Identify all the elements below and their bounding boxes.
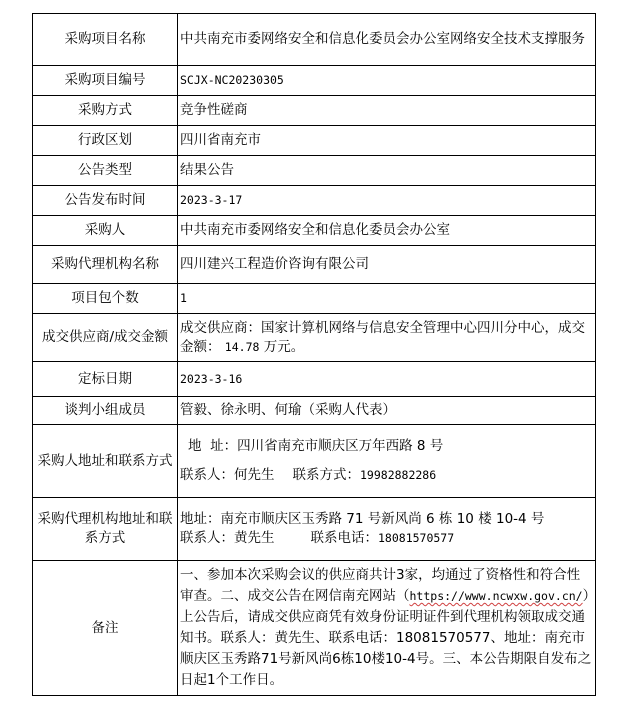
- row-purchaser-contact: 采购人地址和联系方式 地 址：四川省南充市顺庆区万年西路 8 号 联系人：何先生…: [33, 425, 596, 498]
- agency-value: 四川建兴工程造价咨询有限公司: [178, 246, 596, 284]
- notice-type-label: 公告类型: [33, 156, 178, 186]
- agency-phone: 18081570577: [378, 531, 454, 545]
- amount-unit: 万元。: [264, 339, 305, 355]
- row-region: 行政区划 四川省南充市: [33, 126, 596, 156]
- purchaser-address: 四川省南充市顺庆区万年西路 8 号: [237, 438, 443, 454]
- purchaser-contact-line: 联系人：何先生联系方式：19982882286: [180, 466, 593, 485]
- method-label: 采购方式: [33, 96, 178, 126]
- purchaser-label: 采购人: [33, 216, 178, 246]
- deal-label: 成交供应商/成交金额: [33, 314, 178, 362]
- purchaser-contact-label: 采购人地址和联系方式: [33, 425, 178, 498]
- team-label: 谈判小组成员: [33, 397, 178, 425]
- row-package-count: 项目包个数 1: [33, 284, 596, 314]
- method-value: 竞争性磋商: [178, 96, 596, 126]
- publish-date-label: 公告发布时间: [33, 186, 178, 216]
- row-notice-type: 公告类型 结果公告: [33, 156, 596, 186]
- package-count-value: 1: [178, 284, 596, 314]
- agency-contact-value: 地址：南充市顺庆区玉秀路 71 号新风尚 6 栋 10 楼 10-4 号 联系人…: [178, 498, 596, 561]
- award-date-value: 2023-3-16: [178, 362, 596, 397]
- row-publish-date: 公告发布时间 2023-3-17: [33, 186, 596, 216]
- row-deal: 成交供应商/成交金额 成交供应商：国家计算机网络与信息安全管理中心四川分中心，成…: [33, 314, 596, 362]
- agency-address: 南充市顺庆区玉秀路 71 号新风尚 6 栋 10 楼 10-4 号: [221, 511, 545, 527]
- region-label: 行政区划: [33, 126, 178, 156]
- agency-contact-line: 联系人：黄先生联系电话：18081570577: [180, 529, 593, 548]
- row-project-no: 采购项目编号 SCJX-NC20230305: [33, 66, 596, 96]
- row-purchaser: 采购人 中共南充市委网络安全和信息化委员会办公室: [33, 216, 596, 246]
- remarks-label: 备注: [33, 561, 178, 696]
- deal-amount: 14.78: [225, 340, 260, 354]
- remarks-value: 一、参加本次采购会议的供应商共计3家，均通过了资格性和符合性审查。二、成交公告在…: [178, 561, 596, 696]
- row-team: 谈判小组成员 管毅、徐永明、何瑜（采购人代表）: [33, 397, 596, 425]
- row-agency: 采购代理机构名称 四川建兴工程造价咨询有限公司: [33, 246, 596, 284]
- row-award-date: 定标日期 2023-3-16: [33, 362, 596, 397]
- agency-label: 采购代理机构名称: [33, 246, 178, 284]
- purchaser-address-line: 地 址：四川省南充市顺庆区万年西路 8 号: [180, 437, 593, 456]
- project-name-value: 中共南充市委网络安全和信息化委员会办公室网络安全技术支撑服务: [178, 14, 596, 66]
- package-count-label: 项目包个数: [33, 284, 178, 314]
- website-link[interactable]: https://www.ncwxw.gov.cn/: [410, 589, 583, 603]
- agency-contact-label: 采购代理机构地址和联系方式: [33, 498, 178, 561]
- agency-address-line: 地址：南充市顺庆区玉秀路 71 号新风尚 6 栋 10 楼 10-4 号: [180, 510, 593, 529]
- deal-value: 成交供应商：国家计算机网络与信息安全管理中心四川分中心，成交金额： 14.78 …: [178, 314, 596, 362]
- notice-type-value: 结果公告: [178, 156, 596, 186]
- purchaser-contact-value: 地 址：四川省南充市顺庆区万年西路 8 号 联系人：何先生联系方式：199828…: [178, 425, 596, 498]
- team-value: 管毅、徐永明、何瑜（采购人代表）: [178, 397, 596, 425]
- region-value: 四川省南充市: [178, 126, 596, 156]
- purchaser-phone: 19982882286: [360, 468, 436, 482]
- purchaser-contact-person: 何先生: [234, 467, 275, 483]
- supplier-name: 国家计算机网络与信息安全管理中心四川分中心: [261, 320, 545, 336]
- supplier-prefix: 成交供应商：: [180, 320, 261, 336]
- row-method: 采购方式 竞争性磋商: [33, 96, 596, 126]
- project-no-label: 采购项目编号: [33, 66, 178, 96]
- row-remarks: 备注 一、参加本次采购会议的供应商共计3家，均通过了资格性和符合性审查。二、成交…: [33, 561, 596, 696]
- row-project-name: 采购项目名称 中共南充市委网络安全和信息化委员会办公室网络安全技术支撑服务: [33, 14, 596, 66]
- project-name-label: 采购项目名称: [33, 14, 178, 66]
- award-date-label: 定标日期: [33, 362, 178, 397]
- procurement-result-table: 采购项目名称 中共南充市委网络安全和信息化委员会办公室网络安全技术支撑服务 采购…: [32, 13, 596, 696]
- agency-contact-person: 黄先生: [234, 530, 275, 546]
- purchaser-value: 中共南充市委网络安全和信息化委员会办公室: [178, 216, 596, 246]
- project-no-value: SCJX-NC20230305: [178, 66, 596, 96]
- publish-date-value: 2023-3-17: [178, 186, 596, 216]
- row-agency-contact: 采购代理机构地址和联系方式 地址：南充市顺庆区玉秀路 71 号新风尚 6 栋 1…: [33, 498, 596, 561]
